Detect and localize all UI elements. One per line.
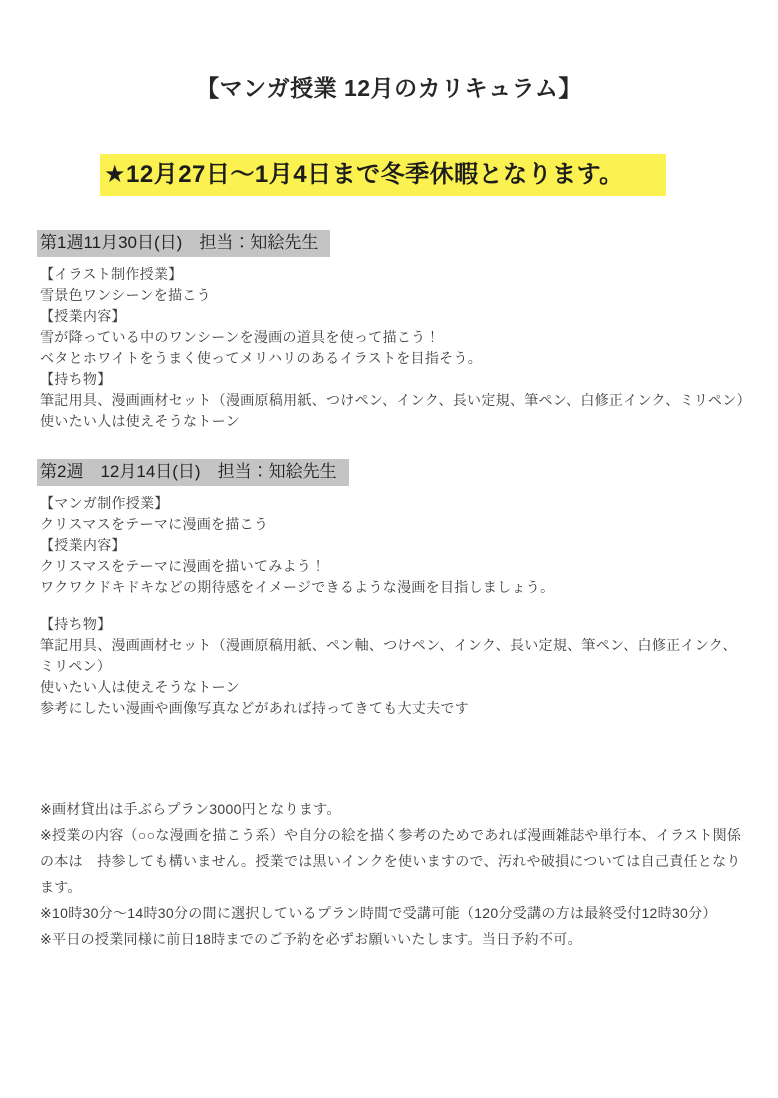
week1-items-line: 筆記用具、漫画画材セット（漫画原稿用紙、つけペン、インク、長い定規、筆ペン、白修… xyxy=(40,390,748,411)
week2-items-line: 使いたい人は使えそうなトーン xyxy=(40,677,748,698)
week2-header-row: 第2週 12月14日(日) 担当：知絵先生 xyxy=(40,459,748,486)
week1-items-line: 使いたい人は使えそうなトーン xyxy=(40,411,748,432)
week2-items-line: 筆記用具、漫画画材セット（漫画原稿用紙、ペン軸、つけペン、インク、長い定規、筆ペ… xyxy=(40,635,748,677)
week2-items-label: 【持ち物】 xyxy=(40,614,748,635)
week2-theme: クリスマスをテーマに漫画を描こう xyxy=(40,514,748,535)
week1-header-row: 第1週11月30日(日) 担当：知絵先生 xyxy=(40,230,748,257)
page-title: 【マンガ授業 12月のカリキュラム】 xyxy=(0,0,778,103)
note-bring-reference: ※授業の内容（○○な漫画を描こう系）や自分の絵を描く参考のためであれば漫画雑誌や… xyxy=(40,822,748,900)
winter-break-notice: ★12月27日〜1月4日まで冬季休暇となります。 xyxy=(100,154,666,196)
week1-section-header: 第1週11月30日(日) 担当：知絵先生 xyxy=(37,230,330,257)
curriculum-page: 【マンガ授業 12月のカリキュラム】 ★12月27日〜1月4日まで冬季休暇となり… xyxy=(0,0,778,1098)
note-reservation: ※平日の授業同様に前日18時までのご予約を必ずお願いいたします。当日予約不可。 xyxy=(40,926,748,952)
note-material-rental: ※画材貸出は手ぶらプラン3000円となります。 xyxy=(40,796,748,822)
week1-content-line: 雪が降っている中のワンシーンを漫画の道具を使って描こう！ xyxy=(40,327,748,348)
notice-row: ★12月27日〜1月4日まで冬季休暇となります。 xyxy=(100,154,778,196)
week1-theme: 雪景色ワンシーンを描こう xyxy=(40,285,748,306)
note-class-time: ※10時30分〜14時30分の間に選択しているプラン時間で受講可能（120分受講… xyxy=(40,900,748,926)
week1-class-type-label: 【イラスト制作授業】 xyxy=(40,264,748,285)
notes-block: ※画材貸出は手ぶらプラン3000円となります。 ※授業の内容（○○な漫画を描こう… xyxy=(40,796,748,952)
week1-section: 第1週11月30日(日) 担当：知絵先生 【イラスト制作授業】 雪景色ワンシーン… xyxy=(40,230,748,432)
week2-content-line: ワクワクドキドキなどの期待感をイメージできるような漫画を目指しましょう。 xyxy=(40,577,748,598)
week2-items-line: 参考にしたい漫画や画像写真などがあれば持ってきても大丈夫です xyxy=(40,698,748,719)
week1-content-label: 【授業内容】 xyxy=(40,306,748,327)
week2-class-type-label: 【マンガ制作授業】 xyxy=(40,493,748,514)
week1-items-label: 【持ち物】 xyxy=(40,369,748,390)
week2-content-label: 【授業内容】 xyxy=(40,535,748,556)
week2-content-line: クリスマスをテーマに漫画を描いてみよう！ xyxy=(40,556,748,577)
week2-section-header: 第2週 12月14日(日) 担当：知絵先生 xyxy=(37,459,349,486)
week1-content-line: ベタとホワイトをうまく使ってメリハリのあるイラストを目指そう。 xyxy=(40,348,748,369)
week2-section: 第2週 12月14日(日) 担当：知絵先生 【マンガ制作授業】 クリスマスをテー… xyxy=(40,459,748,719)
